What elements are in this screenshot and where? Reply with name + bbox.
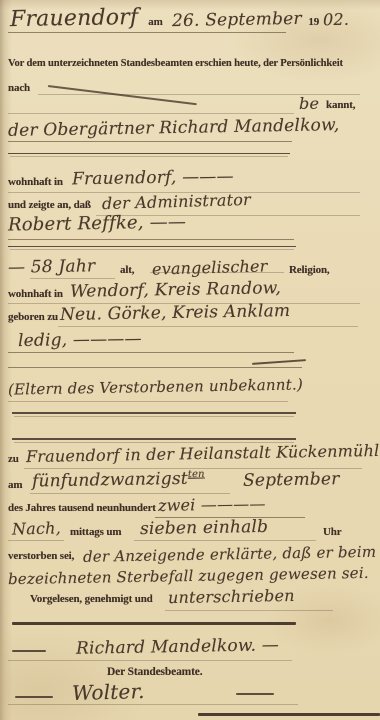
uhr-label: Uhr xyxy=(323,526,342,538)
daypart-handwritten: Nach, xyxy=(12,518,61,538)
ruled-line xyxy=(8,239,294,240)
year-handwritten: 02. xyxy=(323,10,349,29)
year-words-label: des Jahres tausend neunhundert xyxy=(8,502,156,514)
death-day-word: fünfundzwanzigst xyxy=(32,469,188,492)
pen-dash xyxy=(236,693,274,695)
parents-note-handwritten: (Eltern des Verstorbenen unbekannt.) xyxy=(8,375,303,398)
nach-label: nach xyxy=(8,82,30,94)
ruled-line xyxy=(8,32,286,33)
be-handwritten: be xyxy=(299,94,319,113)
read-approved-label: Vorgelesen, genehmigt und xyxy=(30,593,153,605)
announce-label: und zeigte an, daß xyxy=(8,199,91,211)
ruled-line xyxy=(134,540,316,541)
date-handwritten: 26. September xyxy=(171,9,301,31)
zu-label: zu xyxy=(8,453,19,465)
death-day-ordinal-suffix: ten xyxy=(188,469,205,480)
birthplace-handwritten: Neu. Görke, Kreis Anklam xyxy=(60,301,291,325)
died-label: verstorben sei, xyxy=(8,550,74,562)
ruled-line xyxy=(165,610,333,611)
ruled-line xyxy=(14,416,294,417)
ruled-line xyxy=(8,246,296,247)
place-handwritten: Frauendorf xyxy=(10,5,139,32)
signed-word-handwritten: unterschrieben xyxy=(168,586,295,607)
ruled-line xyxy=(30,493,230,494)
alt-label: alt, xyxy=(120,264,134,276)
ruled-line xyxy=(8,660,292,661)
deceased-residence-label: wohnhaft in xyxy=(8,288,63,300)
ruled-line xyxy=(8,352,294,353)
ruled-line xyxy=(8,540,64,541)
bottom-edge-rule xyxy=(198,713,380,716)
ruled-line xyxy=(150,272,284,273)
ruled-line xyxy=(8,113,294,114)
deceased-residence-handwritten: Wendorf, Kreis Randow, xyxy=(70,278,281,302)
witness-statement-2-handwritten: bezeichneten Sterbefall zugegen gewesen … xyxy=(8,564,369,588)
ruled-line xyxy=(12,412,296,414)
pen-dash xyxy=(252,359,306,365)
ruled-line xyxy=(58,326,358,327)
pen-dash xyxy=(12,650,46,652)
am-label: am xyxy=(148,16,162,28)
witness-statement-1-handwritten: der Anzeigende erklärte, daß er beim vor xyxy=(83,542,380,566)
year-printed: 19 xyxy=(308,16,319,28)
death-register-page: Frauendorf am 26. September 19 02. Vor d… xyxy=(0,0,380,720)
separator-rule xyxy=(12,622,296,625)
age-handwritten: — 58 Jahr xyxy=(8,256,96,278)
death-place-handwritten: Frauendorf in der Heilanstalt Kückenmühl xyxy=(26,441,380,466)
ruled-line xyxy=(8,704,298,705)
born-label: geboren zu xyxy=(8,311,58,323)
time-handwritten: sieben einhalb xyxy=(140,517,269,539)
announce-handwritten: der Administrator xyxy=(102,190,251,213)
ruled-line xyxy=(10,156,288,157)
ruled-line xyxy=(10,249,294,250)
declarant-residence-handwritten: Frauendorf, ——— xyxy=(72,167,234,190)
declarant-signature-handwritten: Richard Mandelkow. — xyxy=(76,635,279,659)
pen-dash xyxy=(15,696,53,698)
header-date-line: Frauendorf am 26. September 19 02. xyxy=(10,6,349,31)
ruled-line xyxy=(8,367,302,368)
ruled-line xyxy=(30,278,115,279)
death-month-handwritten: September xyxy=(243,469,340,491)
intro-printed-line: Vor dem unterzeichneten Standesbeamten e… xyxy=(8,58,343,69)
death-day-handwritten: fünfundzwanzigstten xyxy=(32,468,205,491)
ruled-line xyxy=(12,438,296,440)
death-am-label: am xyxy=(8,479,22,491)
registrar-label: Der Standesbeamte. xyxy=(107,666,202,678)
death-year-handwritten: zwei ———— xyxy=(158,494,266,515)
deceased-name-handwritten: Robert Reffke, —— xyxy=(8,211,186,235)
ruled-line xyxy=(8,141,292,142)
ruled-line xyxy=(8,401,288,402)
declarant-name-handwritten: der Obergärtner Richard Mandelkow, xyxy=(8,115,340,141)
marital-status-handwritten: ledig, ———— xyxy=(18,329,142,351)
kannt-label: kannt, xyxy=(326,99,355,111)
time-label: mittags um xyxy=(70,526,121,538)
registrar-signature-handwritten: Wolter. xyxy=(72,679,145,705)
religion-label: Religion, xyxy=(289,264,330,276)
residence-label: wohnhaft in xyxy=(8,176,63,188)
religion-handwritten: evangelischer xyxy=(152,256,268,278)
ruled-line xyxy=(8,153,290,154)
